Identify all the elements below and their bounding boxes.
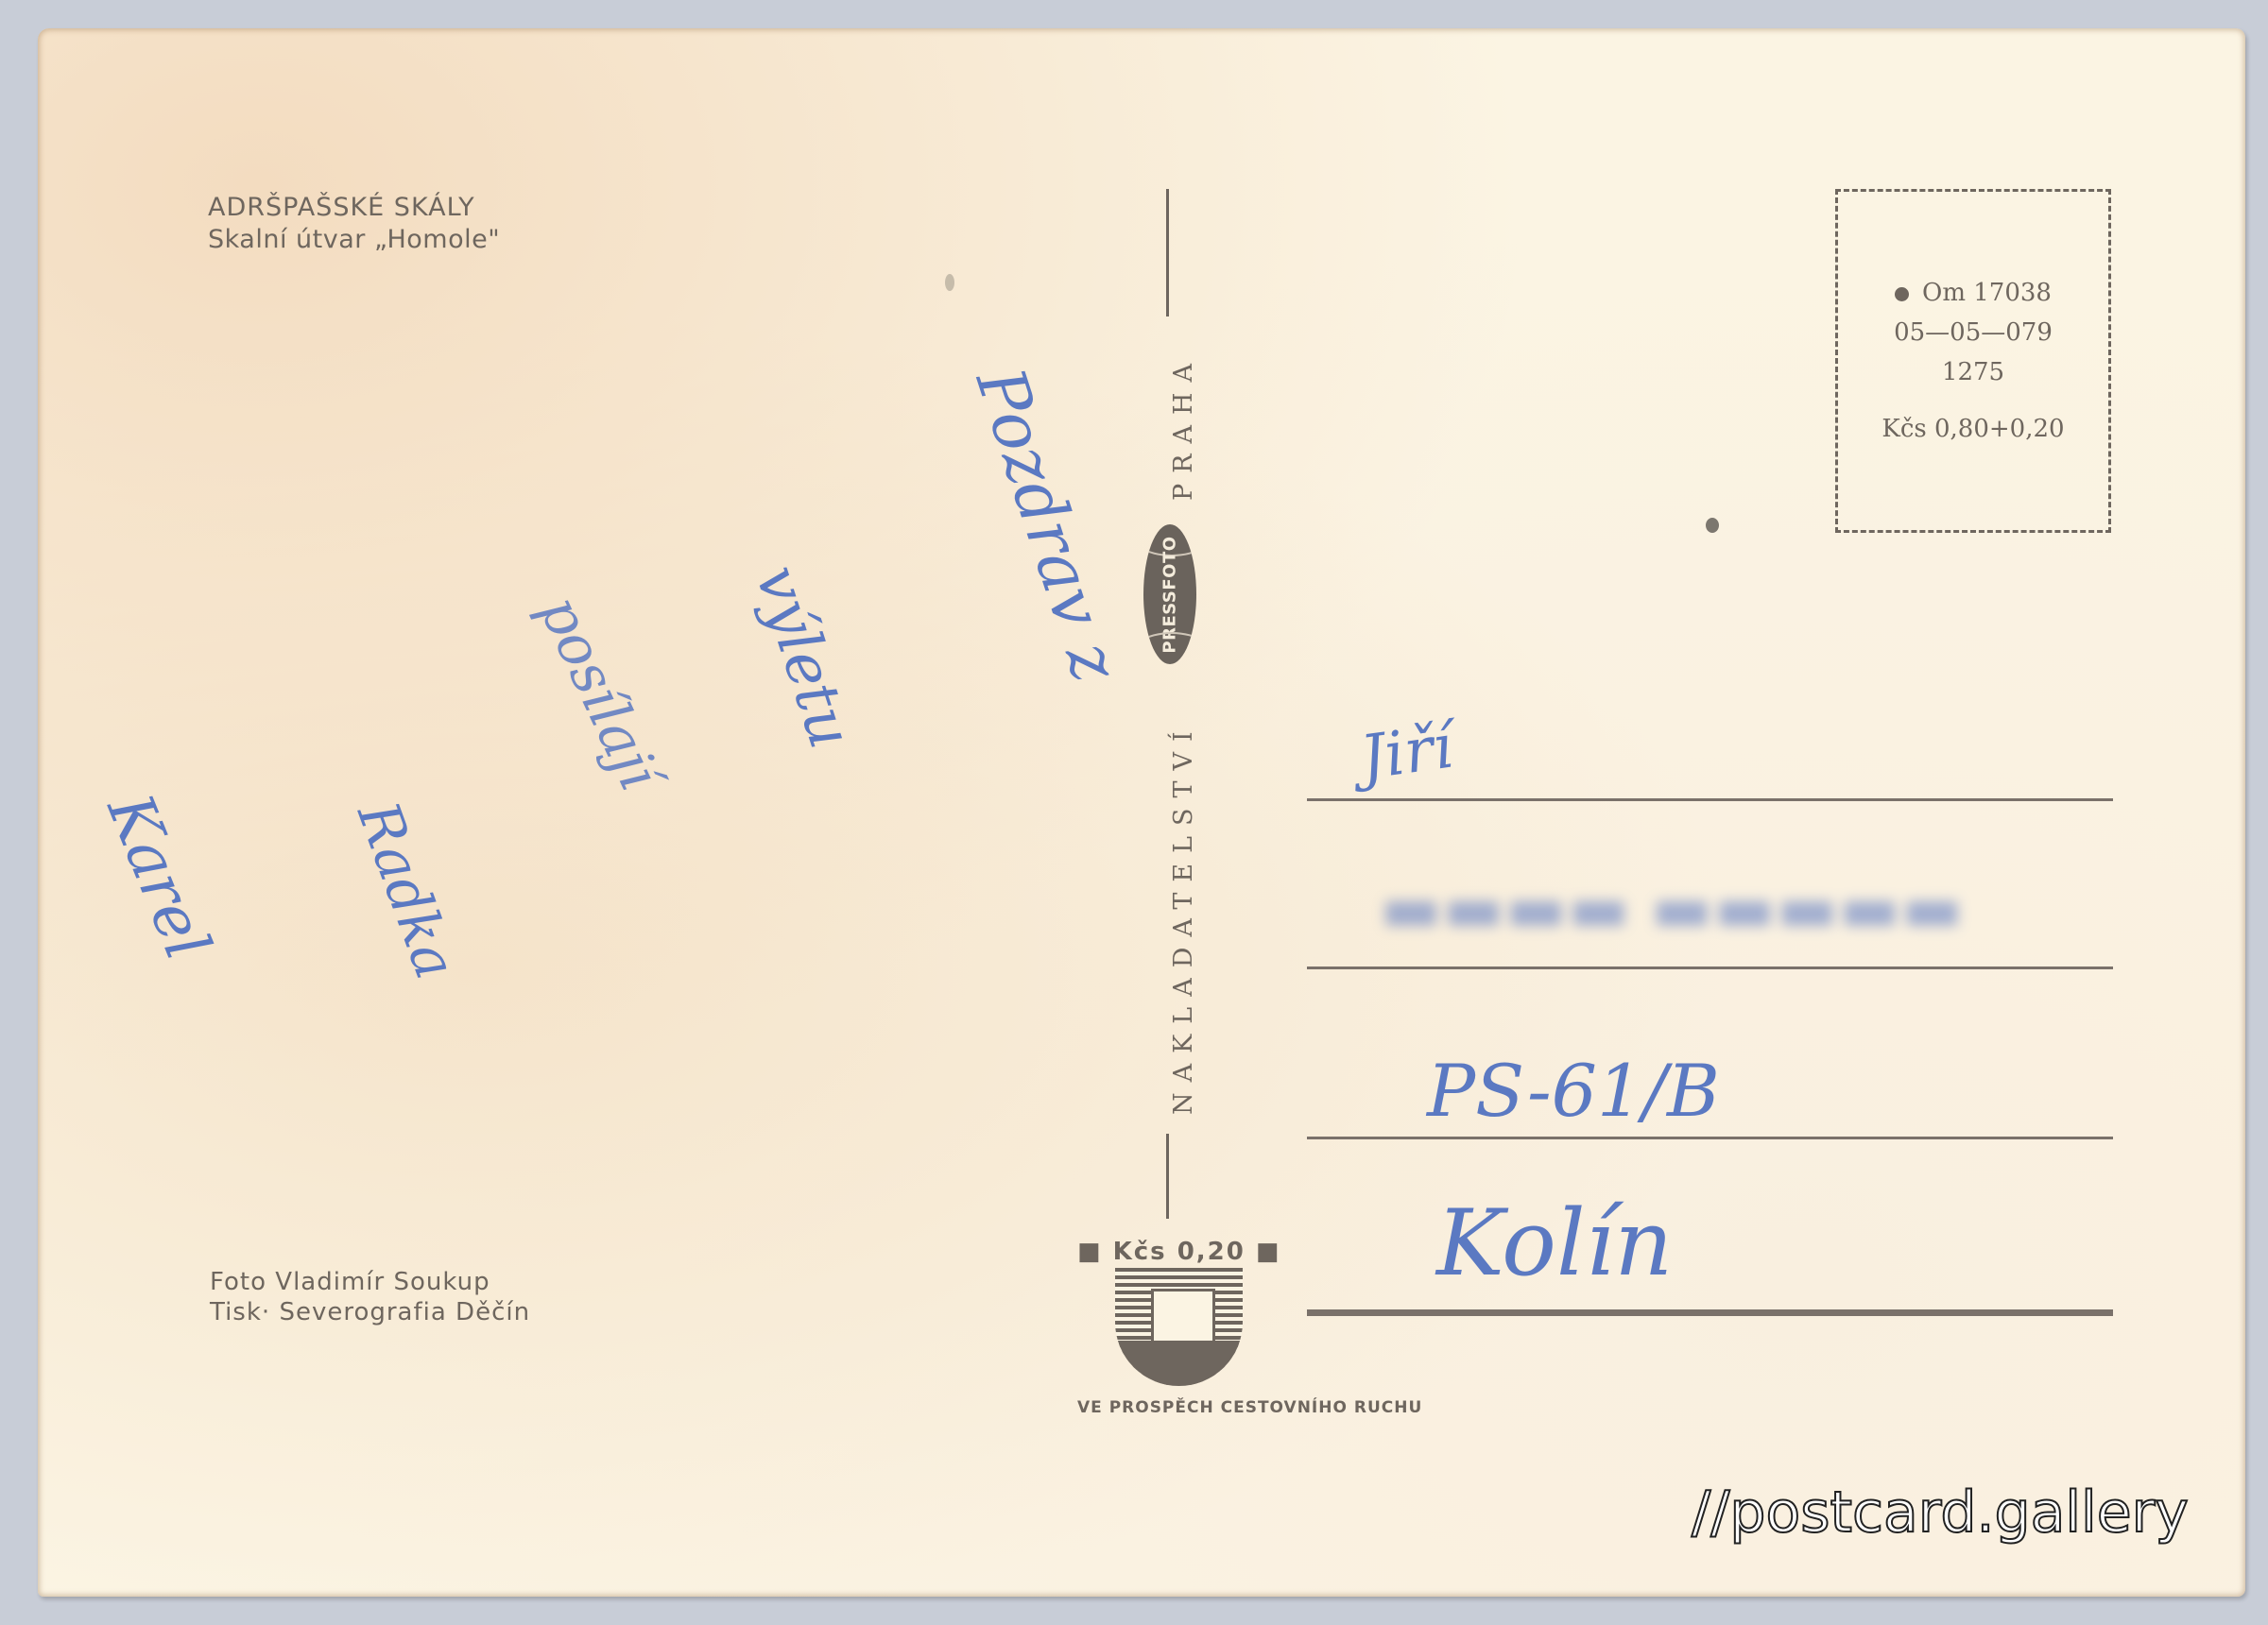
- tourism-stamp-text: VE PROSPĚCH CESTOVNÍHO RUCHU: [1077, 1398, 1280, 1417]
- address-street-redacted: ▬▬▬▬ ▬▬▬▬▬: [1380, 869, 1964, 947]
- pressfoto-logo-icon: PRESSFOTO: [1143, 524, 1196, 664]
- publisher-city: PRAHA: [1169, 353, 1198, 501]
- publisher-name: NAKLADATELSTVÍ: [1169, 721, 1198, 1115]
- postage-edition: 1275: [1942, 352, 2004, 392]
- logo-text: PRESSFOTO: [1160, 536, 1180, 653]
- address-line-4: [1307, 1309, 2113, 1316]
- divider-line-bottom: [1166, 1134, 1169, 1219]
- address-line-2: [1307, 966, 2113, 969]
- postage-code-row: Om 17038: [1895, 273, 2052, 313]
- divider-line-top: [1166, 189, 1169, 316]
- print-credit: Tisk· Severografia Děčín: [210, 1298, 530, 1326]
- castle-shield-icon: [1115, 1268, 1243, 1386]
- tourism-stamp: ■ Kčs 0,20 ■ VE PROSPĚCH CESTOVNÍHO RUCH…: [1077, 1238, 1280, 1427]
- hill-shape: [1115, 1341, 1243, 1386]
- address-line-3: [1307, 1137, 2113, 1139]
- bullet-icon: [1895, 287, 1909, 301]
- caption-title: ADRŠPAŠSKÉ SKÁLY: [208, 193, 475, 222]
- stain-mark: [1706, 518, 1719, 533]
- address-city: Kolín: [1436, 1190, 1673, 1296]
- watermark: //postcard.gallery: [1692, 1480, 2189, 1546]
- photo-credit: Foto Vladimír Soukup: [210, 1268, 490, 1296]
- address-line-1: [1307, 798, 2113, 801]
- castle-icon: [1151, 1289, 1215, 1346]
- postage-number: 05—05—079: [1894, 313, 2053, 352]
- tourism-stamp-value: ■ Kčs 0,20 ■: [1077, 1238, 1280, 1266]
- stain-mark: [945, 274, 954, 291]
- address-unit: PS-61/B: [1427, 1049, 1720, 1133]
- postage-box: Om 17038 05—05—079 1275 Kčs 0,80+0,20: [1835, 189, 2111, 533]
- postage-price: Kčs 0,80+0,20: [1881, 409, 2064, 449]
- caption-subtitle: Skalní útvar „Homole": [208, 225, 500, 254]
- address-name: Jiří: [1356, 712, 1457, 795]
